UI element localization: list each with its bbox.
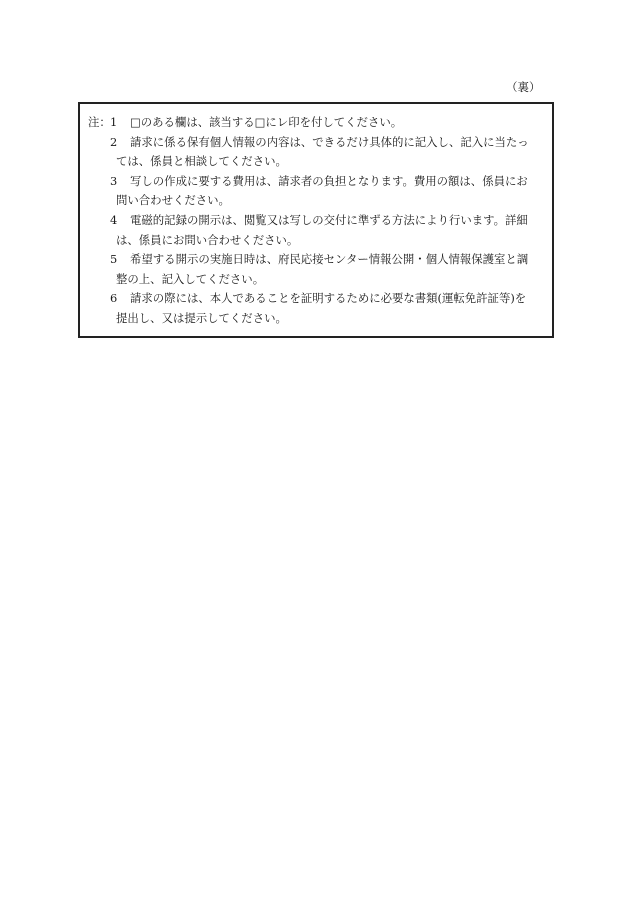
page-side-marker: （裏）: [506, 79, 541, 95]
note-text-continuation: 問い合わせください。: [88, 191, 546, 211]
note-text: 希望する開示の実施日時は、府民応接センター情報公開・個人情報保護室と調: [130, 250, 528, 270]
note-text-continuation: 提出し、又は提示してください。: [88, 309, 546, 329]
notes-list: 注： 1 □のある欄は、該当する□にレ印を付してください。 2 請求に係る保有個…: [88, 113, 546, 329]
note-item-2: 2 請求に係る保有個人情報の内容は、できるだけ具体的に記入し、記入に当たっ: [88, 133, 546, 153]
note-number: 4: [110, 211, 130, 231]
note-text: 請求の際には、本人であることを証明するために必要な書類(運転免許証等)を: [130, 289, 526, 309]
note-number: 5: [110, 250, 130, 270]
note-text: 写しの作成に要する費用は、請求者の負担となります。費用の額は、係員にお: [130, 172, 528, 192]
note-text: 電磁的記録の開示は、閲覧又は写しの交付に準ずる方法により行います。詳細: [130, 211, 528, 231]
note-text: 請求に係る保有個人情報の内容は、できるだけ具体的に記入し、記入に当たっ: [130, 133, 529, 153]
note-item-1: 注： 1 □のある欄は、該当する□にレ印を付してください。: [88, 113, 546, 133]
note-number: 6: [110, 289, 130, 309]
note-item-6: 6 請求の際には、本人であることを証明するために必要な書類(運転免許証等)を: [88, 289, 546, 309]
note-number: 3: [110, 172, 130, 192]
notes-prefix: 注：: [88, 113, 110, 133]
note-item-3: 3 写しの作成に要する費用は、請求者の負担となります。費用の額は、係員にお: [88, 172, 546, 192]
note-number: 1: [110, 113, 130, 133]
notes-box: 注： 1 □のある欄は、該当する□にレ印を付してください。 2 請求に係る保有個…: [78, 102, 554, 338]
note-item-5: 5 希望する開示の実施日時は、府民応接センター情報公開・個人情報保護室と調: [88, 250, 546, 270]
note-text-continuation: ては、係員と相談してください。: [88, 152, 546, 172]
note-item-4: 4 電磁的記録の開示は、閲覧又は写しの交付に準ずる方法により行います。詳細: [88, 211, 546, 231]
note-text: □のある欄は、該当する□にレ印を付してください。: [130, 113, 402, 133]
note-text-continuation: 整の上、記入してください。: [88, 270, 546, 290]
note-text-continuation: は、係員にお問い合わせください。: [88, 231, 546, 251]
note-number: 2: [110, 133, 130, 153]
